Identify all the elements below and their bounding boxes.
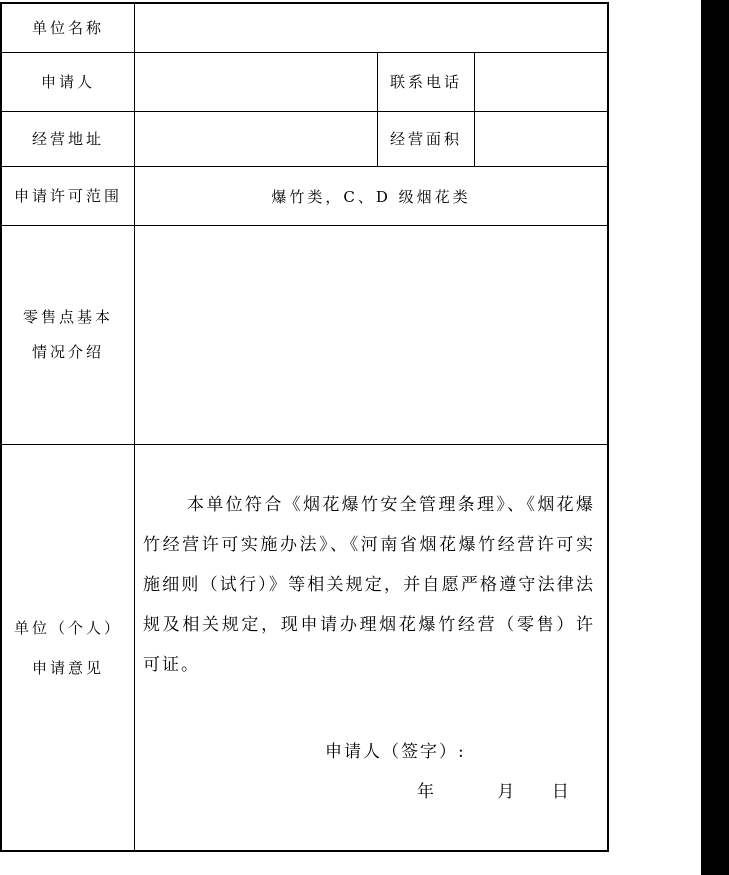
retail-info-label-lines: 零售点基本 情况介绍 xyxy=(23,300,113,370)
application-opinion-label-lines: 单位（个人） 申请意见 xyxy=(14,608,122,688)
contact-phone-label: 联系电话 xyxy=(378,53,475,112)
date-day-label: 日 xyxy=(552,772,571,812)
contact-phone-label-text: 联系电话 xyxy=(390,71,462,93)
unit-name-field[interactable] xyxy=(135,4,607,53)
contact-phone-field[interactable] xyxy=(475,53,607,112)
date-year-label: 年 xyxy=(417,782,436,802)
business-area-label: 经营面积 xyxy=(378,112,475,167)
applicant-field[interactable] xyxy=(135,53,378,112)
license-scope-label-text: 申请许可范围 xyxy=(14,185,122,207)
applicant-signature-label[interactable]: 申请人（签字）: xyxy=(325,732,607,772)
application-opinion-label: 单位（个人） 申请意见 xyxy=(2,445,135,850)
form-document-page: 单位名称 申请人 联系电话 经营地址 经营面积 xyxy=(0,0,729,875)
business-address-label: 经营地址 xyxy=(2,112,135,167)
business-area-field[interactable] xyxy=(475,112,607,167)
unit-name-label: 单位名称 xyxy=(2,4,135,53)
date-month-label: 月 xyxy=(497,772,516,812)
license-scope-label: 申请许可范围 xyxy=(2,167,135,226)
license-scope-value-cell: 爆竹类，C、D 级烟花类 xyxy=(135,167,607,226)
right-scan-black-bar xyxy=(701,0,729,875)
application-form-table: 单位名称 申请人 联系电话 经营地址 经营面积 xyxy=(0,2,609,852)
application-opinion-label-line2: 申请意见 xyxy=(14,648,122,688)
business-area-label-text: 经营面积 xyxy=(390,128,462,150)
application-opinion-cell: 本单位符合《烟花爆竹安全管理条理》、《烟花爆竹经营许可实施办法》、《河南省烟花爆… xyxy=(135,445,607,850)
license-scope-value: 爆竹类，C、D 级烟花类 xyxy=(271,186,470,207)
retail-info-field[interactable] xyxy=(135,226,607,445)
unit-name-label-text: 单位名称 xyxy=(32,17,104,39)
applicant-label: 申请人 xyxy=(2,53,135,112)
retail-info-label-line1: 零售点基本 xyxy=(23,300,113,335)
business-address-field[interactable] xyxy=(135,112,378,167)
retail-info-label-line2: 情况介绍 xyxy=(23,335,113,370)
applicant-label-text: 申请人 xyxy=(41,71,95,93)
application-opinion-statement: 本单位符合《烟花爆竹安全管理条理》、《烟花爆竹经营许可实施办法》、《河南省烟花爆… xyxy=(135,445,607,685)
date-line[interactable]: 年 月 日 xyxy=(417,772,607,812)
retail-info-label: 零售点基本 情况介绍 xyxy=(2,226,135,445)
business-address-label-text: 经营地址 xyxy=(32,128,104,150)
application-opinion-label-line1: 单位（个人） xyxy=(14,608,122,648)
